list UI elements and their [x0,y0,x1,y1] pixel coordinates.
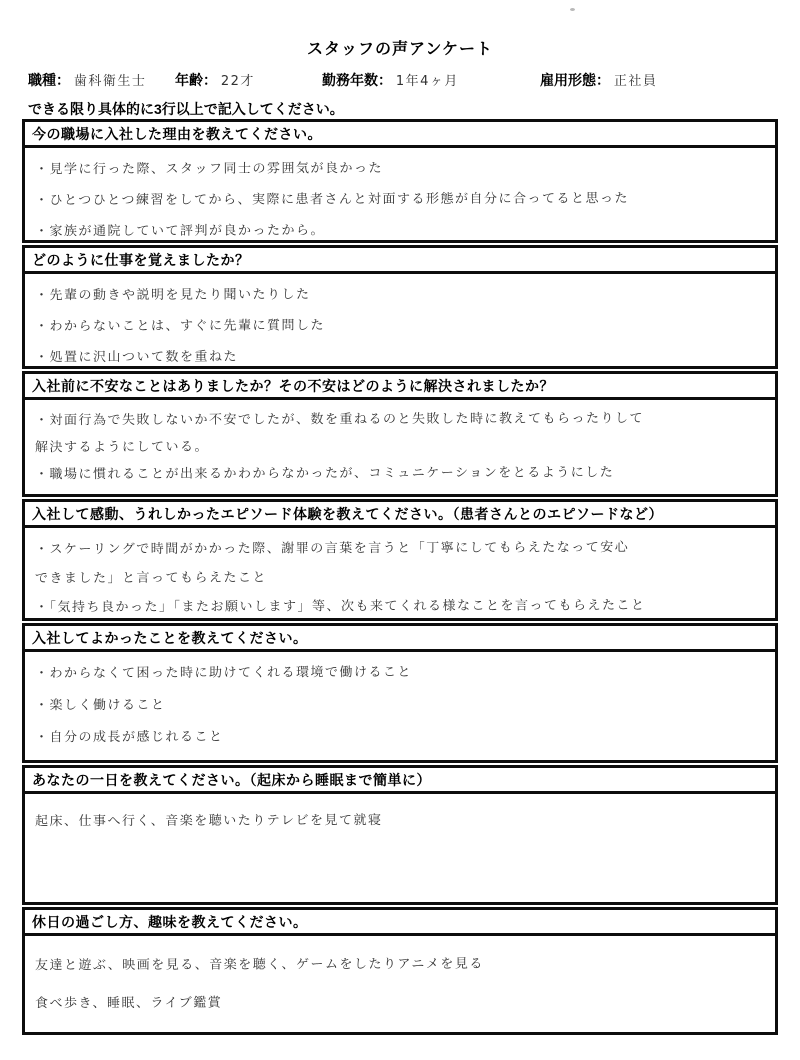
handwritten-answer-line: ・自分の成長が感じれること [35,720,765,755]
survey-form-page: スタッフの声アンケート 職種： 歯科衛生士 年齢： 22才 勤務年数： 1年4ヶ… [0,0,800,1060]
employment-type-label: 雇用形態： [540,72,610,88]
section-join-reason: 今の職場に入社した理由を教えてください。 ・見学に行った際、スタッフ同士の雰囲気… [22,119,778,243]
tenure-value: 1年4ヶ月 [396,74,459,89]
section-happy-episodes: 入社して感動、うれしかったエピソード体験を教えてください。（患者さんとのエピソー… [22,499,778,621]
answer-area: ・対面行為で失敗しないか不安でしたが、数を重ねるのと失敗した時に教えてもらったり… [25,400,775,492]
occupation-label: 職種： [28,72,70,88]
handwritten-answer-line: ・わからなくて困った時に助けてくれる環境で働けること [35,656,765,691]
question-label: 入社して感動、うれしかったエピソード体験を教えてください。（患者さんとのエピソー… [25,502,775,528]
age-value: 22才 [221,74,255,89]
section-pre-join-worries: 入社前に不安なことはありましたか？その不安はどのように解決されましたか？ ・対面… [22,371,778,497]
handwritten-answer-line: ・わからないことは、すぐに先輩に質問した [35,309,765,343]
handwritten-answer-line: ・見学に行った際、スタッフ同士の雰囲気が良かった [35,152,765,186]
page-title: スタッフの声アンケート [0,36,800,59]
answer-area: ・見学に行った際、スタッフ同士の雰囲気が良かった ・ひとつひとつ練習をしてから、… [25,148,775,251]
answer-area: ・スケーリングで時間がかかった際、謝罪の言葉を言うと「丁寧にしてもらえたなって安… [25,528,775,626]
section-daily-routine: あなたの一日を教えてください。（起床から睡眠まで簡単に） 起床、仕事へ行く、音楽… [22,765,778,905]
answer-area: ・わからなくて困った時に助けてくれる環境で働けること ・楽しく働けること ・自分… [25,652,775,758]
tenure-label: 勤務年数： [322,72,392,88]
age-field: 年齢： 22才 [175,70,255,90]
handwritten-answer-line: 起床、仕事へ行く、音楽を聴いたりテレビを見て就寝 [35,808,765,830]
handwritten-answer-line: ・先輩の動きや説明を見たり聞いたりした [35,278,765,312]
occupation-field: 職種： 歯科衛生士 [28,70,146,90]
question-label: 入社前に不安なことはありましたか？その不安はどのように解決されましたか？ [25,374,775,400]
answer-area: ・先輩の動きや説明を見たり聞いたりした ・わからないことは、すぐに先輩に質問した… [25,274,775,377]
answer-area: 友達と遊ぶ、映画を見る、音楽を聴く、ゲームをしたりアニメを見る 食べ歩き、睡眠、… [25,936,775,1027]
handwritten-answer-line: ・ひとつひとつ練習をしてから、実際に患者さんと対面する形態が自分に合ってると思っ… [35,183,765,217]
employment-type-field: 雇用形態： 正社員 [540,70,657,90]
handwritten-answer-line: 解決するようにしている。 [35,432,765,462]
tenure-field: 勤務年数： 1年4ヶ月 [322,70,459,90]
fill-instruction-text: できる限り具体的に3行以上で記入してください。 [28,99,344,119]
age-label: 年齢： [175,72,217,88]
question-label: 休日の過ごし方、趣味を教えてください。 [25,910,775,936]
answer-area: 起床、仕事へ行く、音楽を聴いたりテレビを見て就寝 [25,794,775,833]
question-label: どのように仕事を覚えましたか？ [25,248,775,274]
handwritten-answer-line: ・「気持ち良かった」「またお願いします」等、次も来てくれる様なことを言ってもらえ… [35,591,765,623]
handwritten-answer-line: ・処置に沢山ついて数を重ねた [35,340,765,374]
handwritten-answer-line: 食べ歩き、睡眠、ライブ鑑賞 [35,983,765,1024]
handwritten-answer-line: ・家族が通院していて評判が良かったから。 [35,214,765,248]
handwritten-answer-line: ・スケーリングで時間がかかった際、謝罪の言葉を言うと「丁寧にしてもらえたなって安… [35,533,765,565]
question-label: あなたの一日を教えてください。（起床から睡眠まで簡単に） [25,768,775,794]
handwritten-answer-line: ・楽しく働けること [35,688,765,723]
employment-type-value: 正社員 [614,74,658,89]
question-sections: 今の職場に入社した理由を教えてください。 ・見学に行った際、スタッフ同士の雰囲気… [22,119,778,1037]
question-label: 今の職場に入社した理由を教えてください。 [25,122,775,148]
section-learning-job: どのように仕事を覚えましたか？ ・先輩の動きや説明を見たり聞いたりした ・わから… [22,245,778,369]
respondent-info-row: 職種： 歯科衛生士 年齢： 22才 勤務年数： 1年4ヶ月 雇用形態： 正社員 [0,70,800,94]
occupation-value: 歯科衛生士 [74,74,147,89]
scan-artifact-mark [570,8,575,11]
handwritten-answer-line: 友達と遊ぶ、映画を見る、音楽を聴く、ゲームをしたりアニメを見る [35,945,765,986]
handwritten-answer-line: ・対面行為で失敗しないか不安でしたが、数を重ねるのと失敗した時に教えてもらったり… [35,405,765,435]
handwritten-answer-line: できました」と言ってもらえたこと [35,562,765,594]
handwritten-answer-line: ・職場に慣れることが出来るかわからなかったが、コミュニケーションをとるようにした [35,459,765,489]
question-label: 入社してよかったことを教えてください。 [25,626,775,652]
section-good-things: 入社してよかったことを教えてください。 ・わからなくて困った時に助けてくれる環境… [22,623,778,763]
section-holidays-hobbies: 休日の過ごし方、趣味を教えてください。 友達と遊ぶ、映画を見る、音楽を聴く、ゲー… [22,907,778,1035]
